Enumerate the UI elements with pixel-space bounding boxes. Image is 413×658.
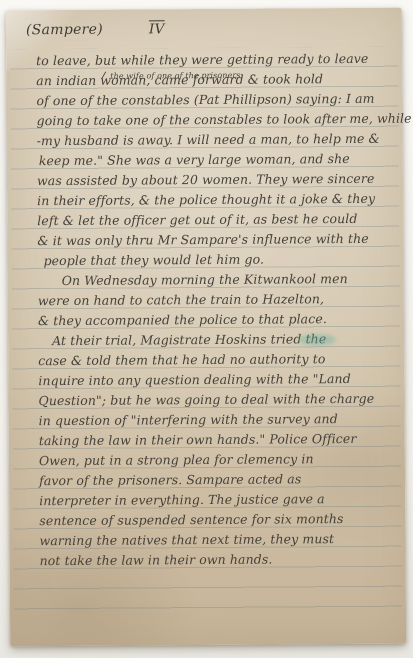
text-line: interpreter in everything. The justice g… [39, 489, 402, 512]
insertion-note: the wife of one of the prisoners. [103, 71, 243, 81]
text-line: keep me." She was a very large woman, an… [37, 149, 400, 172]
collection-label: (Sampere) [26, 22, 103, 39]
text-line: left & let the officer get out of it, as… [37, 209, 400, 232]
text-line: At their trial, Magistrate Hoskins tried… [38, 329, 401, 352]
text-line: & it was only thru Mr Sampare's influenc… [37, 229, 400, 252]
text-line: inquire into any question dealing with t… [38, 369, 401, 392]
text-line: & they accompanied the police to that pl… [38, 309, 401, 332]
text-line: in question of "interfering with the sur… [39, 409, 402, 432]
text-line: was assisted by about 20 women. They wer… [37, 169, 400, 192]
page-header: (Sampere)IV [26, 21, 165, 42]
manuscript-lines: to leave, but while they were getting re… [36, 49, 403, 572]
text-line: Question"; but he was going to deal with… [38, 389, 401, 412]
text-line: taking the law in their own hands." Poli… [39, 429, 402, 452]
text-line: On Wednesday morning the Kitwankool men [38, 269, 401, 292]
text-line: case & told them that he had no authorit… [38, 349, 401, 372]
text-line: warning the natives that next time, they… [39, 529, 402, 552]
page-number: IV [149, 21, 165, 37]
insertion-text: the wife of one of the prisoners. [110, 71, 243, 81]
photo-background: (Sampere)IV the wife of one of the priso… [0, 0, 413, 658]
text-line: people that they would let him go. [37, 249, 400, 272]
text-line: in their efforts, & the police thought i… [37, 189, 400, 212]
text-line: were on hand to catch the train to Hazel… [38, 289, 401, 312]
manuscript-content: the wife of one of the prisoners. to lea… [36, 49, 403, 572]
manuscript-page: (Sampere)IV the wife of one of the priso… [6, 8, 406, 647]
text-line: -my husband is away. I will need a man, … [37, 129, 400, 152]
text-line: not take the law in their own hands. [40, 549, 403, 572]
text-line: sentence of suspended sentence for six m… [39, 509, 402, 532]
text-line: to leave, but while they were getting re… [36, 49, 399, 72]
text-line: favor of the prisoners. Sampare acted as [39, 469, 402, 492]
text-line: Owen, put in a strong plea for clemency … [39, 449, 402, 472]
text-line: of one of the constables (Pat Phillipson… [36, 89, 399, 112]
text-line: going to take one of the constables to l… [36, 109, 399, 132]
